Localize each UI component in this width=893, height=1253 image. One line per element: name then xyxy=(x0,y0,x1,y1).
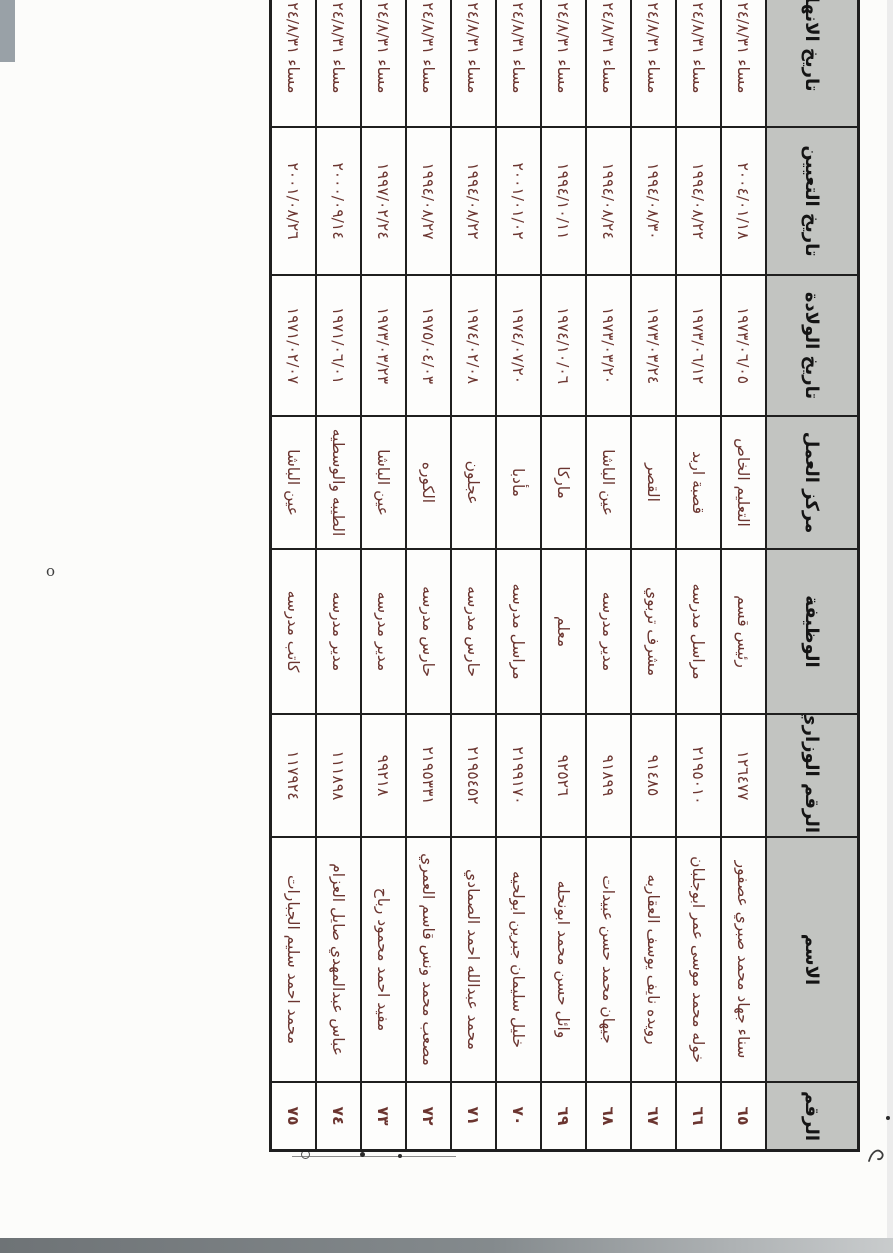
scan-edge-left xyxy=(0,0,15,62)
cell-serial: ٧٥ xyxy=(271,1082,317,1151)
cell-appointment_date: ١٩٩٤/٠٨/٣٠ xyxy=(631,127,676,275)
cell-birth_date: ١٩٧٣/٠٦/١٢ xyxy=(676,275,721,416)
rotated-table-container: الرقمالاسمالرقم الوزاريالوظيفةمركز العمل… xyxy=(292,18,860,1152)
cell-work_center: ماركا xyxy=(541,416,586,549)
cell-appointment_date: ١٩٩٧/٠٢/٢٤ xyxy=(361,127,406,275)
cell-serial: ٧٤ xyxy=(316,1082,361,1151)
table-row: ٦٨جيهان محمد حسن عبيدات٩١٨٩٩مدير مدرسهعي… xyxy=(586,0,631,1151)
cell-end_date: مساء ٢٠٢٤/٨/٣١ xyxy=(451,0,496,127)
table-row: ٧٠خليل سليمان جبرين ابولحيه٢١٩٩١٧٠مراسل … xyxy=(496,0,541,1151)
cell-end_date: مساء ٢٠٢٤/٨/٣١ xyxy=(316,0,361,127)
cell-name: محمد احمد سليم الجبارات xyxy=(271,837,317,1082)
cell-appointment_date: ١٩٩٤/٠٨/٢٧ xyxy=(406,127,451,275)
cell-serial: ٦٧ xyxy=(631,1082,676,1151)
cell-serial: ٦٦ xyxy=(676,1082,721,1151)
cell-birth_date: ١٩٧٤/٠٢/٠٨ xyxy=(451,275,496,416)
cell-end_date: مساء ٢٠٢٤/٨/٣١ xyxy=(361,0,406,127)
cell-ministry_no: ٢١٩٥٣٣١ xyxy=(406,714,451,837)
cell-name: مصعب محمد ونس قاسم العمري xyxy=(406,837,451,1082)
records-table: الرقمالاسمالرقم الوزاريالوظيفةمركز العمل… xyxy=(269,0,860,1152)
cell-birth_date: ١٩٧٤/٠٧/٢٠ xyxy=(496,275,541,416)
column-header-name: الاسم xyxy=(766,837,859,1082)
cell-birth_date: ١٩٧٤/١٠/٠٦ xyxy=(541,275,586,416)
header-row: الرقمالاسمالرقم الوزاريالوظيفةمركز العمل… xyxy=(766,0,859,1151)
cell-name: مفيد احمد محمود رباح xyxy=(361,837,406,1082)
column-header-work_center: مركز العمل xyxy=(766,416,859,549)
pen-squiggle-mark xyxy=(866,1146,888,1166)
cell-name: جيهان محمد حسن عبيدات xyxy=(586,837,631,1082)
table-row: ٦٩وائل حسن محمد ابونحله٩٢٥٢٦معلمماركا١٩٧… xyxy=(541,0,586,1151)
scan-fold-line xyxy=(292,1156,456,1157)
cell-serial: ٦٥ xyxy=(721,1082,766,1151)
cell-ministry_no: ١١٧٩٢٤ xyxy=(271,714,317,837)
document-page: o الرقمالاسمالرقم الوزاريالوظيفةمركز الع… xyxy=(0,0,893,1253)
cell-appointment_date: ٢٠٠٤/٠١/١٨ xyxy=(721,127,766,275)
cell-job: معلم xyxy=(541,549,586,714)
cell-job: مدير مدرسه xyxy=(361,549,406,714)
table-header-row: الرقمالاسمالرقم الوزاريالوظيفةمركز العمل… xyxy=(766,0,859,1151)
cell-appointment_date: ١٩٩٤/٠٨/٢٤ xyxy=(586,127,631,275)
cell-birth_date: ١٩٧٣/٠٣/٢٣ xyxy=(361,275,406,416)
cell-end_date: مساء ٢٠٢٤/٨/٣١ xyxy=(271,0,317,127)
cell-job: رئيس قسم xyxy=(721,549,766,714)
cell-serial: ٧٣ xyxy=(361,1082,406,1151)
cell-serial: ٦٩ xyxy=(541,1082,586,1151)
cell-job: حارس مدرسه xyxy=(406,549,451,714)
cell-ministry_no: ١٢٦٤٧٧ xyxy=(721,714,766,837)
cell-end_date: مساء ٢٠٢٤/٨/٣١ xyxy=(631,0,676,127)
cell-work_center: الطيبه والوسطيه xyxy=(316,416,361,549)
cell-work_center: التعليم الخاص xyxy=(721,416,766,549)
cell-appointment_date: ١٩٩٤/١٠/١١ xyxy=(541,127,586,275)
cell-job: حارس مدرسه xyxy=(451,549,496,714)
cell-end_date: مساء ٢٠٢٤/٨/٣١ xyxy=(721,0,766,127)
ink-dot xyxy=(398,1154,402,1158)
table-row: ٧٣مفيد احمد محمود رباح٩٩٢١٨مدير مدرسهعين… xyxy=(361,0,406,1151)
cell-ministry_no: ٩١٨٩٩ xyxy=(586,714,631,837)
cell-name: عباس عبدالمهدي صايل العزام xyxy=(316,837,361,1082)
cell-birth_date: ١٩٧١/٠٦/٠١ xyxy=(316,275,361,416)
table-row: ٧٥محمد احمد سليم الجبارات١١٧٩٢٤كاتب مدرس… xyxy=(271,0,317,1151)
cell-work_center: عين الباشا xyxy=(271,416,317,549)
cell-appointment_date: ٢٠٠٠/٠٩/١٤ xyxy=(316,127,361,275)
table-row: ٧٢مصعب محمد ونس قاسم العمري٢١٩٥٣٣١حارس م… xyxy=(406,0,451,1151)
cell-serial: ٧٢ xyxy=(406,1082,451,1151)
cell-appointment_date: ٢٠٠١/٠١/٠٢ xyxy=(496,127,541,275)
cell-name: رويده نايف يوسف العقاربه xyxy=(631,837,676,1082)
cell-appointment_date: ٢٠٠١/٠٨/٢٦ xyxy=(271,127,317,275)
cell-job: مدير مدرسه xyxy=(316,549,361,714)
column-header-serial: الرقم xyxy=(766,1082,859,1151)
column-header-end_date: تاريخ الانهاء xyxy=(766,0,859,127)
column-header-birth_date: تاريخ الولادة xyxy=(766,275,859,416)
table-row: ٧١محمد عبدالله احمد الصمادي٢١٩٥٤٥٢حارس م… xyxy=(451,0,496,1151)
cell-job: مراسل مدرسه xyxy=(676,549,721,714)
cell-ministry_no: ٩٩٢١٨ xyxy=(361,714,406,837)
cell-end_date: مساء ٢٠٢٤/٨/٣١ xyxy=(541,0,586,127)
handwritten-mark: o xyxy=(46,562,55,580)
column-header-ministry_no: الرقم الوزاري xyxy=(766,714,859,837)
cell-work_center: عين الباشا xyxy=(586,416,631,549)
scan-edge-bottom xyxy=(0,1238,893,1253)
cell-birth_date: ١٩٧٣/٠٣/٢٤ xyxy=(631,275,676,416)
ink-dot xyxy=(360,1152,365,1157)
table-row: ٦٦خوله محمد موسى عمر ابوجلبان٢١٩٥٠١٠مراس… xyxy=(676,0,721,1151)
cell-serial: ٧٠ xyxy=(496,1082,541,1151)
cell-job: مراسل مدرسه xyxy=(496,549,541,714)
table-row: ٧٤عباس عبدالمهدي صايل العزام١١١٨٩٨مدير م… xyxy=(316,0,361,1151)
table-body: ٦٥سناء جهاد محمد صبري عصفور١٢٦٤٧٧رئيس قس… xyxy=(271,0,767,1151)
cell-ministry_no: ٢١٩٩١٧٠ xyxy=(496,714,541,837)
cell-work_center: مأدبا xyxy=(496,416,541,549)
cell-name: محمد عبدالله احمد الصمادي xyxy=(451,837,496,1082)
cell-birth_date: ١٩٧٥/٠٤/٠٣ xyxy=(406,275,451,416)
cell-work_center: قصبة اربد xyxy=(676,416,721,549)
column-header-appointment_date: تاريخ التعيين xyxy=(766,127,859,275)
cell-ministry_no: ٢١٩٥٤٥٢ xyxy=(451,714,496,837)
cell-end_date: مساء ٢٠٢٤/٨/٣١ xyxy=(496,0,541,127)
cell-ministry_no: ٢١٩٥٠١٠ xyxy=(676,714,721,837)
cell-ministry_no: ١١١٨٩٨ xyxy=(316,714,361,837)
cell-appointment_date: ١٩٩٤/٠٨/٢٢ xyxy=(451,127,496,275)
cell-ministry_no: ٩٢٥٢٦ xyxy=(541,714,586,837)
cell-name: خليل سليمان جبرين ابولحيه xyxy=(496,837,541,1082)
cell-end_date: مساء ٢٠٢٤/٨/٣١ xyxy=(676,0,721,127)
cell-job: مشرف تربوي xyxy=(631,549,676,714)
cell-birth_date: ١٩٧٣/٠٦/٠٥ xyxy=(721,275,766,416)
cell-work_center: القصر xyxy=(631,416,676,549)
cell-ministry_no: ٩١٤٨٥ xyxy=(631,714,676,837)
cell-work_center: الكوره xyxy=(406,416,451,549)
table-row: ٦٧رويده نايف يوسف العقاربه٩١٤٨٥مشرف تربو… xyxy=(631,0,676,1151)
cell-serial: ٧١ xyxy=(451,1082,496,1151)
cell-appointment_date: ١٩٩٤/٠٨/٢٢ xyxy=(676,127,721,275)
table-row: ٦٥سناء جهاد محمد صبري عصفور١٢٦٤٧٧رئيس قس… xyxy=(721,0,766,1151)
cell-job: كاتب مدرسه xyxy=(271,549,317,714)
ink-dot xyxy=(886,1116,890,1120)
cell-name: وائل حسن محمد ابونحله xyxy=(541,837,586,1082)
cell-birth_date: ١٩٧١/٠٢/٠٧ xyxy=(271,275,317,416)
cell-end_date: مساء ٢٠٢٤/٨/٣١ xyxy=(586,0,631,127)
cell-name: خوله محمد موسى عمر ابوجلبان xyxy=(676,837,721,1082)
cell-work_center: عين الباشا xyxy=(361,416,406,549)
cell-name: سناء جهاد محمد صبري عصفور xyxy=(721,837,766,1082)
cell-work_center: عجلون xyxy=(451,416,496,549)
cell-birth_date: ١٩٧٣/٠٣/٢٠ xyxy=(586,275,631,416)
cell-job: مدير مدرسه xyxy=(586,549,631,714)
scan-edge-right xyxy=(887,0,893,1253)
cell-end_date: مساء ٢٠٢٤/٨/٣١ xyxy=(406,0,451,127)
column-header-job: الوظيفة xyxy=(766,549,859,714)
cell-serial: ٦٨ xyxy=(586,1082,631,1151)
